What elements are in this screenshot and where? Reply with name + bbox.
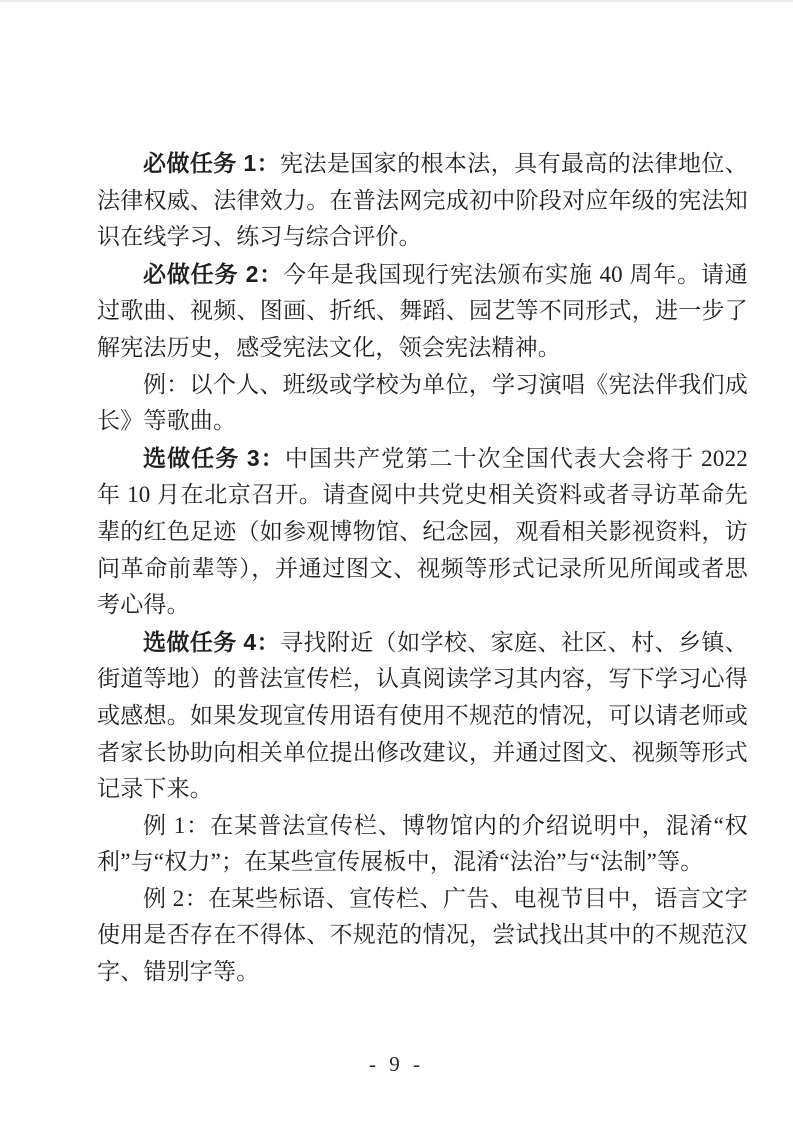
paragraph-example-2: 例 2：在某些标语、宣传栏、广告、电视节目中，语言文字使用是否存在不得体、不规范… [97,881,748,991]
optional-task-3-label: 选做任务 3： [143,445,285,471]
example-1-label: 例 1： [143,813,210,838]
paragraph-example: 例：以个人、班级或学校为单位，学习演唱《宪法伴我们成长》等歌曲。 [97,367,748,440]
page-number: - 9 - [0,1051,793,1077]
required-task-2-label: 必做任务 2： [143,261,283,287]
optional-task-3-text: 中国共产党第二十次全国代表大会将于 2022 年 10 月在北京召开。请查阅中共… [97,446,748,617]
optional-task-4-label: 选做任务 4： [143,629,280,655]
paragraph-optional-task-3: 选做任务 3：中国共产党第二十次全国代表大会将于 2022 年 10 月在北京召… [97,440,748,624]
example-2-label: 例 2： [143,886,208,911]
required-task-1-label: 必做任务 1： [143,150,280,176]
paragraph-example-1: 例 1：在某普法宣传栏、博物馆内的介绍说明中，混淆“权利”与“权力”；在某些宣传… [97,808,748,881]
paragraph-required-task-2: 必做任务 2：今年是我国现行宪法颁布实施 40 周年。请通过歌曲、视频、图画、折… [97,256,748,367]
example-label: 例： [143,372,190,397]
paragraph-required-task-1: 必做任务 1：宪法是国家的根本法，具有最高的法律地位、法律权威、法律效力。在普法… [97,145,748,256]
paragraph-optional-task-4: 选做任务 4：寻找附近（如学校、家庭、社区、村、乡镇、街道等地）的普法宣传栏，认… [97,624,748,808]
optional-task-4-text: 寻找附近（如学校、家庭、社区、村、乡镇、街道等地）的普法宣传栏，认真阅读学习其内… [97,630,748,801]
document-body: 必做任务 1：宪法是国家的根本法，具有最高的法律地位、法律权威、法律效力。在普法… [97,145,748,991]
document-page: 必做任务 1：宪法是国家的根本法，具有最高的法律地位、法律权威、法律效力。在普法… [0,0,793,1122]
example-text: 以个人、班级或学校为单位，学习演唱《宪法伴我们成长》等歌曲。 [97,372,748,434]
